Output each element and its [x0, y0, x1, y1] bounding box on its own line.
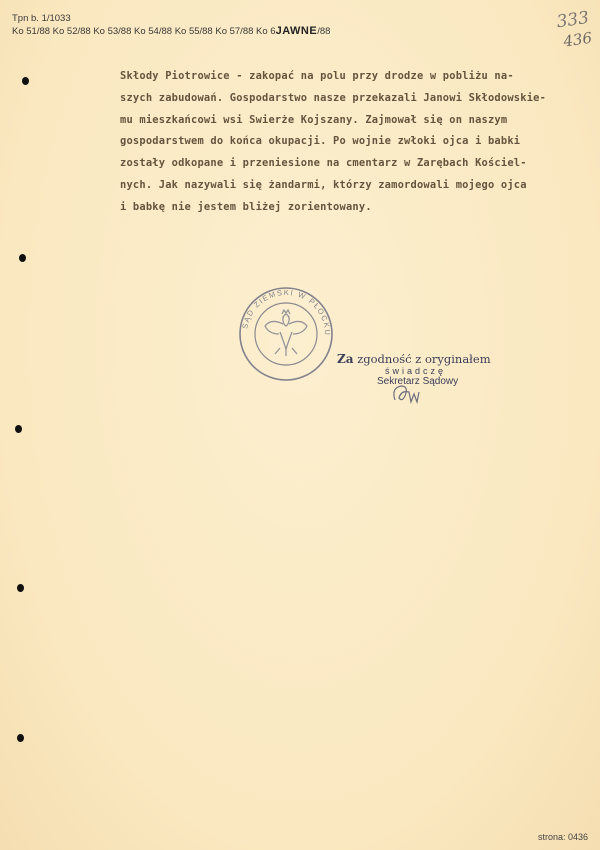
archive-header: Tpn b. 1/1033 Ko 51/88 Ko 52/88 Ko 53/88… — [12, 13, 330, 38]
punch-hole-icon — [22, 77, 29, 85]
certification-line: Za zgodność z oryginałem — [337, 352, 491, 366]
case-numbers: Ko 51/88 Ko 52/88 Ko 53/88 Ko 54/88 Ko 5… — [12, 25, 330, 38]
typed-line: szych zabudowań. Gospodarstwo nasze prze… — [120, 88, 590, 110]
handwritten-page-number: 333 436 — [555, 8, 593, 52]
punch-hole-icon — [19, 254, 26, 262]
typed-line: nych. Jak nazywali się żandarmi, którzy … — [120, 175, 590, 197]
case-reference: Tpn b. 1/1033 — [12, 13, 330, 25]
typewritten-testimony: Skłody Piotrowice - zakopać na polu przy… — [120, 66, 590, 219]
typed-line: Skłody Piotrowice - zakopać na polu przy… — [120, 66, 590, 88]
case-numbers-prefix: Ko 51/88 Ko 52/88 Ko 53/88 Ko 54/88 Ko 5… — [12, 26, 276, 37]
page-number-bottom: 436 — [562, 28, 593, 52]
court-seal: SĄD ZIEMSKI W PŁOCKU — [236, 284, 336, 384]
case-numbers-suffix: /88 — [317, 26, 330, 37]
document-page: Tpn b. 1/1033 Ko 51/88 Ko 52/88 Ko 53/88… — [0, 0, 600, 850]
typed-line: zostały odkopane i przeniesione na cment… — [120, 153, 590, 175]
typed-line: mu mieszkańcowi wsi Swierże Kojszany. Za… — [120, 110, 590, 132]
punch-hole-icon — [17, 584, 24, 592]
certification-za: Za — [337, 352, 354, 366]
polish-eagle-icon — [265, 310, 307, 356]
page-footer: strona: 0436 — [538, 832, 588, 842]
typed-line: i babkę nie jestem bliżej zorientowany. — [120, 197, 590, 219]
typed-line: gospodarstwem do końca okupacji. Po wojn… — [120, 131, 590, 153]
signature-icon — [387, 378, 427, 408]
punch-hole-icon — [15, 425, 22, 433]
punch-hole-icon — [17, 734, 24, 742]
certification-text: zgodność z oryginałem — [354, 352, 491, 366]
certification-attest: świadczę — [385, 366, 491, 376]
public-stamp-word: JAWNE — [276, 25, 318, 37]
